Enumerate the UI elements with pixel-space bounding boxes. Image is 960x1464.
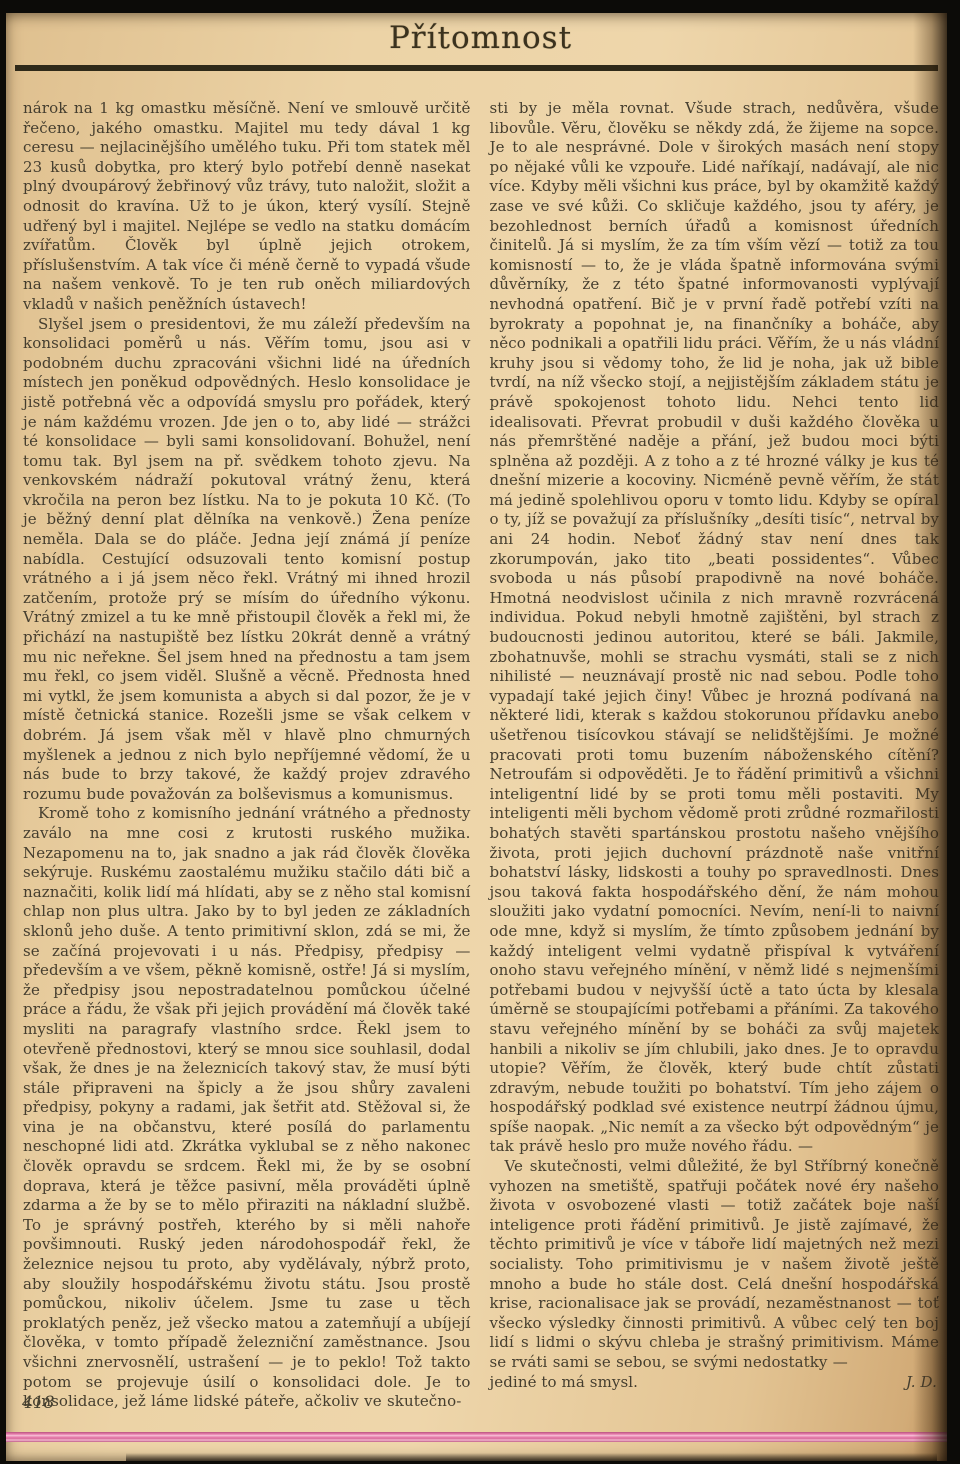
paragraph: nárok na 1 kg omastku měsíčně. Není ve s…	[23, 99, 471, 315]
paragraph: Slyšel jsem o presidentovi, že mu záleží…	[23, 315, 471, 805]
scanned-page: Přítomnost nárok na 1 kg omastku měsíčně…	[6, 13, 947, 1461]
author-signature: J. D.	[906, 1373, 939, 1393]
article-body: nárok na 1 kg omastku měsíčně. Není ve s…	[6, 71, 947, 1412]
text-column-right: sti by je měla rovnat. Všude strach, ned…	[490, 99, 940, 1412]
closing-line-row: jediné to má smysl. J. D.	[490, 1373, 940, 1393]
paragraph: Ve skutečnosti, velmi důležité, že byl S…	[490, 1157, 940, 1373]
paragraph: Kromě toho z komisního jednání vrátného …	[23, 804, 471, 1411]
bottom-edge-shadow	[126, 1453, 937, 1461]
page-number: 418	[22, 1393, 54, 1413]
text-column-left: nárok na 1 kg omastku měsíčně. Není ve s…	[23, 99, 471, 1412]
page-title: Přítomnost	[389, 20, 572, 56]
paragraph: sti by je měla rovnat. Všude strach, ned…	[490, 99, 940, 1157]
page-edge-stripe	[6, 1432, 947, 1442]
closing-line: jediné to má smysl.	[490, 1373, 639, 1393]
masthead: Přítomnost	[6, 13, 947, 65]
